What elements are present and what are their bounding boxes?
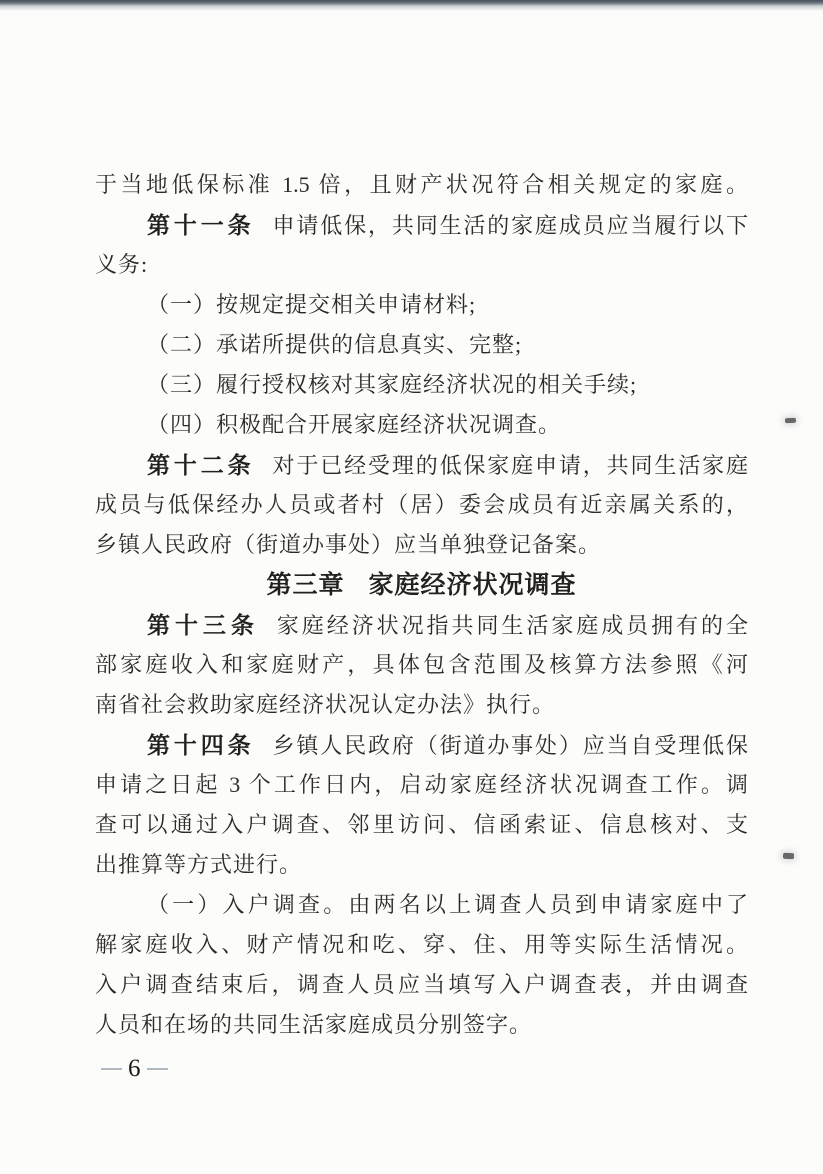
text-line: 申请之日起 3 个工作日内，启动家庭经济状况调查工作。调 xyxy=(95,765,748,805)
chapter-number: 第三章 xyxy=(266,571,344,599)
text-line: 解家庭收入、财产情况和吃、穿、住、用等实际生活情况。 xyxy=(95,925,748,965)
line-text: 成员与低保经办人员或者村（居）委会成员有近亲属关系的， xyxy=(95,492,748,517)
text-line: 成员与低保经办人员或者村（居）委会成员有近亲属关系的， xyxy=(95,485,748,525)
line-text: 南省社会救助家庭经济状况认定办法》执行。 xyxy=(95,692,555,717)
chapter-heading: 第三章家庭经济状况调查 xyxy=(95,565,748,605)
ink-smudge xyxy=(785,418,796,423)
text-line: 出推算等方式进行。 xyxy=(95,845,748,885)
line-text: （三）履行授权核对其家庭经济状况的相关手续; xyxy=(147,372,637,397)
scan-edge-artifact xyxy=(0,0,823,12)
text-line: （四）积极配合开展家庭经济状况调查。 xyxy=(95,405,748,445)
text-line: 人员和在场的共同生活家庭成员分别签字。 xyxy=(95,1005,748,1045)
chapter-title: 家庭经济状况调查 xyxy=(369,571,577,599)
text-line: 部家庭收入和家庭财产，具体包含范围及核算方法参照《河 xyxy=(95,645,748,685)
line-text: 义务: xyxy=(95,252,148,277)
page-number-dash-right xyxy=(147,1068,168,1070)
page-number-dash-left xyxy=(101,1068,122,1070)
line-text: （二）承诺所提供的信息真实、完整; xyxy=(147,332,522,357)
page-number: 6 xyxy=(128,1054,141,1084)
line-text: 乡镇人民政府（街道办事处）应当自受理低保 xyxy=(272,733,748,758)
text-block: 于当地低保标准 1.5 倍，且财产状况符合相关规定的家庭。第十一条申请低保，共同… xyxy=(95,165,748,1045)
line-text: 申请低保，共同生活的家庭成员应当履行以下 xyxy=(272,213,748,238)
article-number: 第十三条 xyxy=(147,612,259,638)
text-line: 义务: xyxy=(95,245,748,285)
article-number: 第十一条 xyxy=(147,212,254,238)
line-text: 解家庭收入、财产情况和吃、穿、住、用等实际生活情况。 xyxy=(95,932,748,957)
line-text: 家庭经济状况指共同生活家庭成员拥有的全 xyxy=(277,613,748,638)
line-text: 人员和在场的共同生活家庭成员分别签字。 xyxy=(95,1012,532,1037)
line-text: 乡镇人民政府（街道办事处）应当单独登记备案。 xyxy=(95,532,601,557)
article-number: 第十二条 xyxy=(147,452,254,478)
text-line: （二）承诺所提供的信息真实、完整; xyxy=(95,325,748,365)
text-line: 第十二条对于已经受理的低保家庭申请，共同生活家庭 xyxy=(95,445,748,485)
text-line: 乡镇人民政府（街道办事处）应当单独登记备案。 xyxy=(95,525,748,565)
article-number: 第十四条 xyxy=(147,732,254,758)
text-line: 第十四条乡镇人民政府（街道办事处）应当自受理低保 xyxy=(95,725,748,765)
line-text: （一）按规定提交相关申请材料; xyxy=(147,292,476,317)
text-line: 于当地低保标准 1.5 倍，且财产状况符合相关规定的家庭。 xyxy=(95,165,748,205)
text-line: 南省社会救助家庭经济状况认定办法》执行。 xyxy=(95,685,748,725)
line-text: 查可以通过入户调查、邻里访问、信函索证、信息核对、支 xyxy=(95,812,748,837)
line-text: 于当地低保标准 1.5 倍，且财产状况符合相关规定的家庭。 xyxy=(95,172,748,197)
line-text: 对于已经受理的低保家庭申请，共同生活家庭 xyxy=(272,453,748,478)
document-page: 于当地低保标准 1.5 倍，且财产状况符合相关规定的家庭。第十一条申请低保，共同… xyxy=(0,0,823,1174)
text-line: 第十一条申请低保，共同生活的家庭成员应当履行以下 xyxy=(95,205,748,245)
line-text: 入户调查结束后，调查人员应当填写入户调查表，并由调查 xyxy=(95,972,748,997)
text-line: （三）履行授权核对其家庭经济状况的相关手续; xyxy=(95,365,748,405)
text-line: 第十三条家庭经济状况指共同生活家庭成员拥有的全 xyxy=(95,605,748,645)
text-line: （一）入户调查。由两名以上调查人员到申请家庭中了 xyxy=(95,885,748,925)
page-footer: 6 xyxy=(101,1054,168,1084)
line-text: （一）入户调查。由两名以上调查人员到申请家庭中了 xyxy=(147,892,748,917)
line-text: 部家庭收入和家庭财产，具体包含范围及核算方法参照《河 xyxy=(95,652,748,677)
text-line: （一）按规定提交相关申请材料; xyxy=(95,285,748,325)
text-line: 查可以通过入户调查、邻里访问、信函索证、信息核对、支 xyxy=(95,805,748,845)
line-text: （四）积极配合开展家庭经济状况调查。 xyxy=(147,412,561,437)
line-text: 出推算等方式进行。 xyxy=(95,852,302,877)
line-text: 申请之日起 3 个工作日内，启动家庭经济状况调查工作。调 xyxy=(95,772,748,797)
text-line: 入户调查结束后，调查人员应当填写入户调查表，并由调查 xyxy=(95,965,748,1005)
ink-smudge xyxy=(783,853,794,859)
